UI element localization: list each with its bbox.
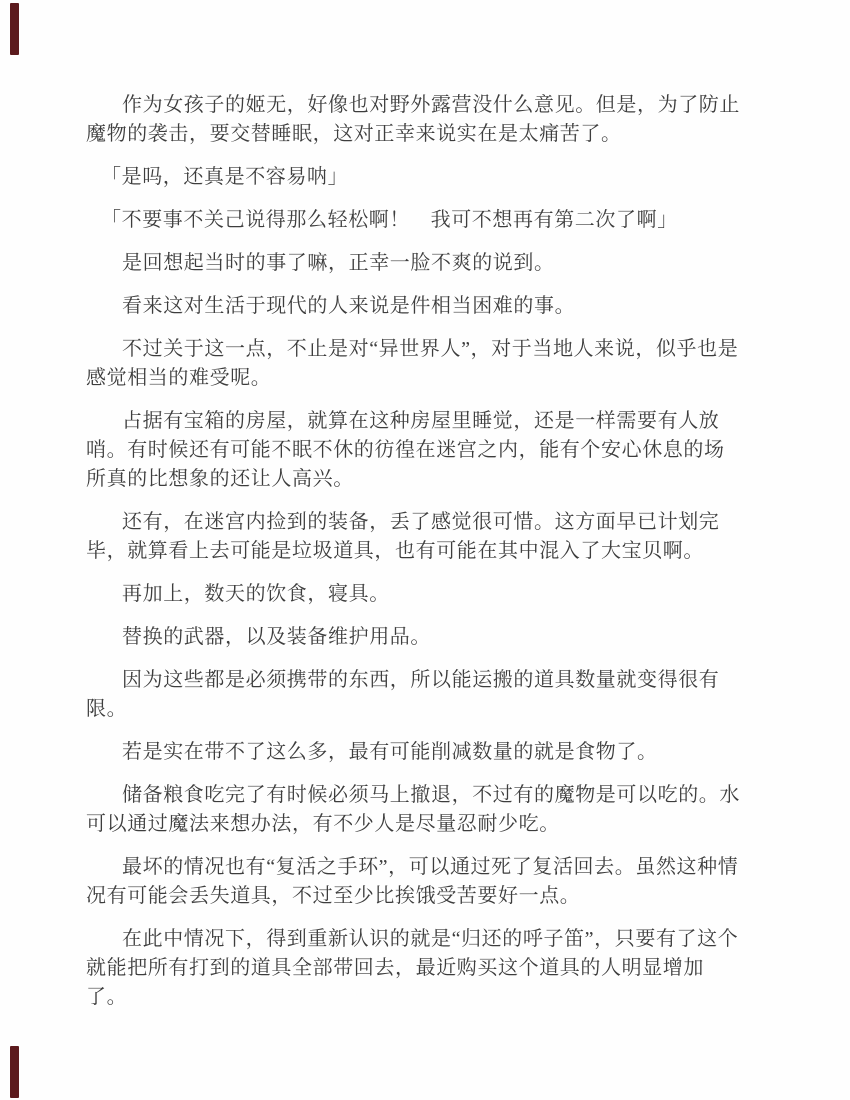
paragraph: 占据有宝箱的房屋，就算在这种房屋里睡觉，还是一样需要有人放 哨。有时候还有可能不… [86,407,792,494]
paragraph-dialogue: 「是吗，还真是不容易呐」 [86,163,792,192]
paragraph: 不过关于这一点，不止是对“异世界人”，对于当地人来说，似乎也是 感觉相当的难受呢… [86,335,792,393]
paragraph: 还有，在迷宫内捡到的装备，丢了感觉很可惜。这方面早已计划完 毕，就算看上去可能是… [86,508,792,566]
page-edge-mark-top [10,3,19,55]
paragraph: 看来这对生活于现代的人来说是件相当困难的事。 [86,292,792,321]
paragraph: 再加上，数天的饮食，寝具。 [86,580,792,609]
novel-text-block: 作为女孩子的姬无，好像也对野外露营没什么意见。但是，为了防止 魔物的袭击，要交替… [86,91,792,1026]
page-edge-mark-bottom [10,1046,19,1098]
paragraph: 作为女孩子的姬无，好像也对野外露营没什么意见。但是，为了防止 魔物的袭击，要交替… [86,91,792,149]
paragraph: 最坏的情况也有“复活之手环”，可以通过死了复活回去。虽然这种情 况有可能会丢失道… [86,853,792,911]
paragraph: 是回想起当时的事了嘛，正幸一脸不爽的说到。 [86,249,792,278]
paragraph: 储备粮食吃完了有时候必须马上撤退，不过有的魔物是可以吃的。水 可以通过魔法来想办… [86,781,792,839]
paragraph: 因为这些都是必须携带的东西，所以能运搬的道具数量就变得很有 限。 [86,666,792,724]
novel-page: 作为女孩子的姬无，好像也对野外露营没什么意见。但是，为了防止 魔物的袭击，要交替… [0,0,850,1100]
paragraph: 替换的武器，以及装备维护用品。 [86,623,792,652]
paragraph: 在此中情况下，得到重新认识的就是“归还的呼子笛”，只要有了这个 就能把所有打到的… [86,925,792,1012]
paragraph: 若是实在带不了这么多，最有可能削减数量的就是食物了。 [86,738,792,767]
paragraph-dialogue: 「不要事不关己说得那么轻松啊！ 我可不想再有第二次了啊」 [86,206,792,235]
